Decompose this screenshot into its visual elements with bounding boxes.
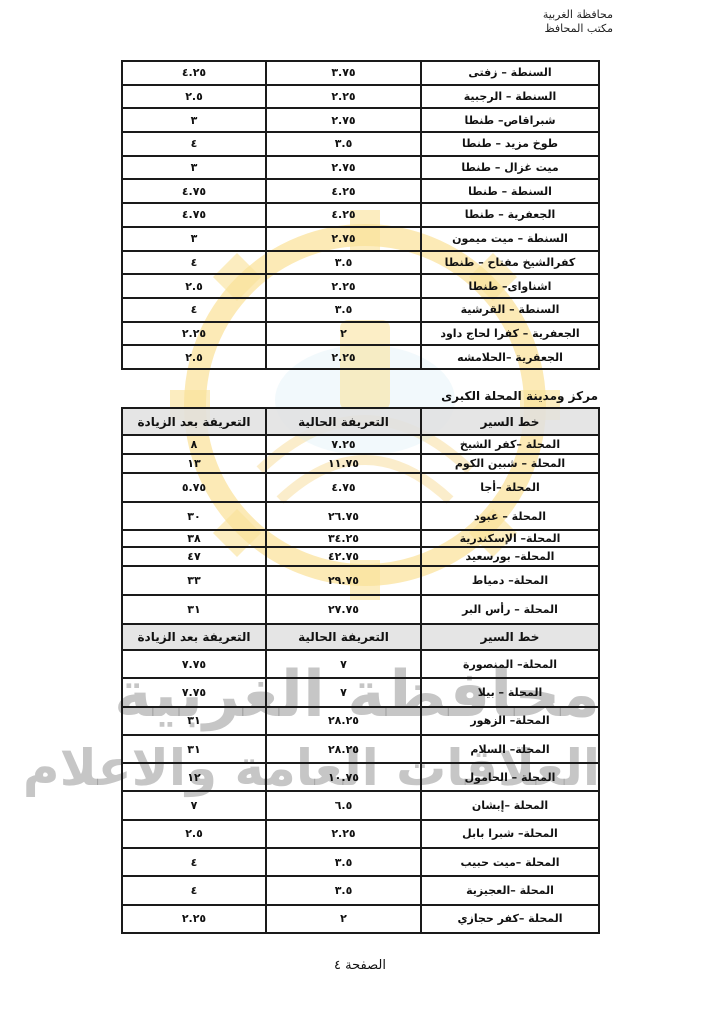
- current-fare-cell: ٣.٥: [266, 876, 421, 904]
- table-row: السنطة – القرشية٣.٥٤: [122, 298, 599, 322]
- table-row: المحلة– دمياط٢٩.٧٥٣٣: [122, 566, 599, 595]
- table-row: كفرالشيخ مفتاح – طنطا٣.٥٤: [122, 251, 599, 275]
- new-fare-cell: ٣٠: [122, 502, 266, 530]
- table-row: المحلة –إبشان٦.٥٧: [122, 791, 599, 819]
- current-fare-cell: ٢.٢٥: [266, 820, 421, 848]
- route-cell: الجعفرية – طنطا: [421, 203, 599, 227]
- new-fare-cell: ٣٣: [122, 566, 266, 595]
- governorate-name: محافظة الغربية: [543, 8, 613, 22]
- header-new-fare: التعريفة بعد الزيادة: [122, 624, 266, 650]
- current-fare-cell: ٢٨.٢٥: [266, 707, 421, 735]
- table-row: المحلة –العجيزية٣.٥٤: [122, 876, 599, 904]
- header-route: خط السير: [421, 408, 599, 435]
- current-fare-cell: ٣.٥: [266, 132, 421, 156]
- current-fare-cell: ٢.٧٥: [266, 156, 421, 180]
- table-header-row: خط السيرالتعريفة الحاليةالتعريفة بعد الز…: [122, 624, 599, 650]
- table-row: ميت غزال – طنطا٢.٧٥٣: [122, 156, 599, 180]
- current-fare-cell: ٢٨.٢٥: [266, 735, 421, 763]
- route-cell: المحلة – بيلا: [421, 678, 599, 706]
- table-row: المحلة – رأس البر٢٧.٧٥٣١: [122, 595, 599, 624]
- route-cell: المحلة– دمياط: [421, 566, 599, 595]
- current-fare-cell: ١٠.٧٥: [266, 763, 421, 791]
- current-fare-cell: ٣٤.٢٥: [266, 530, 421, 547]
- new-fare-cell: ٤: [122, 298, 266, 322]
- current-fare-cell: ٢.٢٥: [266, 274, 421, 298]
- new-fare-cell: ٤.٧٥: [122, 179, 266, 203]
- route-cell: اشناواى– طنطا: [421, 274, 599, 298]
- current-fare-cell: ٦.٥: [266, 791, 421, 819]
- table-row: السنطة – زفتى٣.٧٥٤.٢٥: [122, 61, 599, 85]
- new-fare-cell: ٤: [122, 132, 266, 156]
- route-cell: شبراقاص– طنطا: [421, 108, 599, 132]
- table-row: طوخ مزيد – طنطا٣.٥٤: [122, 132, 599, 156]
- fares-table-tanta: السنطة – زفتى٣.٧٥٤.٢٥السنطة – الرجبية٢.٢…: [121, 60, 600, 370]
- table-row: المحلة– المنصورة٧٧.٧٥: [122, 650, 599, 678]
- section-title-mahalla: مركز ومدينة المحلة الكبرى: [441, 389, 598, 403]
- route-cell: السنطة – ميت ميمون: [421, 227, 599, 251]
- new-fare-cell: ٨: [122, 435, 266, 454]
- route-cell: طوخ مزيد – طنطا: [421, 132, 599, 156]
- header-current-fare: التعريفة الحالية: [266, 408, 421, 435]
- new-fare-cell: ٤: [122, 848, 266, 876]
- table-row: المحلة –كفر حجازي٢٢.٢٥: [122, 905, 599, 933]
- route-cell: كفرالشيخ مفتاح – طنطا: [421, 251, 599, 275]
- table-row: المحلة– بورسعيد٤٢.٧٥٤٧: [122, 547, 599, 566]
- new-fare-cell: ٣: [122, 108, 266, 132]
- route-cell: المحلة – شبين الكوم: [421, 454, 599, 473]
- current-fare-cell: ٤.٢٥: [266, 203, 421, 227]
- route-cell: المحلة – رأس البر: [421, 595, 599, 624]
- new-fare-cell: ٢.٢٥: [122, 322, 266, 346]
- current-fare-cell: ٢: [266, 905, 421, 933]
- new-fare-cell: ٤: [122, 251, 266, 275]
- new-fare-cell: ٢.٥: [122, 820, 266, 848]
- route-cell: المحلة – الحامول: [421, 763, 599, 791]
- new-fare-cell: ٣١: [122, 735, 266, 763]
- table-row: شبراقاص– طنطا٢.٧٥٣: [122, 108, 599, 132]
- new-fare-cell: ٢.٥: [122, 274, 266, 298]
- route-cell: السنطة – القرشية: [421, 298, 599, 322]
- route-cell: السنطة – طنطا: [421, 179, 599, 203]
- table-row: المحلة– السلام٢٨.٢٥٣١: [122, 735, 599, 763]
- current-fare-cell: ٧: [266, 650, 421, 678]
- table-row: السنطة – ميت ميمون٢.٧٥٣: [122, 227, 599, 251]
- route-cell: الجعفرية –الحلامشه: [421, 345, 599, 369]
- table-row: المحلة – الحامول١٠.٧٥١٢: [122, 763, 599, 791]
- current-fare-cell: ٤.٧٥: [266, 473, 421, 502]
- page-header: محافظة الغربية مكتب المحافظ: [543, 8, 613, 36]
- page-number: الصفحة ٤: [0, 958, 720, 973]
- table-row: اشناواى– طنطا٢.٢٥٢.٥: [122, 274, 599, 298]
- route-cell: السنطة – الرجبية: [421, 85, 599, 109]
- new-fare-cell: ٧: [122, 791, 266, 819]
- current-fare-cell: ١١.٧٥: [266, 454, 421, 473]
- route-cell: المحلة – عبود: [421, 502, 599, 530]
- route-cell: المحلة– الإسكندرية: [421, 530, 599, 547]
- table-row: المحلة –كفر الشيخ٧.٢٥٨: [122, 435, 599, 454]
- new-fare-cell: ٣١: [122, 595, 266, 624]
- new-fare-cell: ٢.٥: [122, 85, 266, 109]
- current-fare-cell: ٢: [266, 322, 421, 346]
- table-row: المحلة – بيلا٧٧.٧٥: [122, 678, 599, 706]
- route-cell: ميت غزال – طنطا: [421, 156, 599, 180]
- route-cell: المحلة –إبشان: [421, 791, 599, 819]
- table-row: المحلة –ميت حبيب٣.٥٤: [122, 848, 599, 876]
- route-cell: المحلة –ميت حبيب: [421, 848, 599, 876]
- table-row: السنطة – الرجبية٢.٢٥٢.٥: [122, 85, 599, 109]
- route-cell: المحلة– الزهور: [421, 707, 599, 735]
- new-fare-cell: ٣٨: [122, 530, 266, 547]
- new-fare-cell: ٥.٧٥: [122, 473, 266, 502]
- route-cell: المحلة– شبرا بابل: [421, 820, 599, 848]
- new-fare-cell: ٢.٥: [122, 345, 266, 369]
- fares-table-mahalla: خط السير التعريفة الحالية التعريفة بعد ا…: [121, 407, 600, 934]
- table-row: المحلة – شبين الكوم١١.٧٥١٣: [122, 454, 599, 473]
- table-row: الجعفرية – طنطا٤.٢٥٤.٧٥: [122, 203, 599, 227]
- table-row: المحلة– الإسكندرية٣٤.٢٥٣٨: [122, 530, 599, 547]
- current-fare-cell: ٣.٧٥: [266, 61, 421, 85]
- new-fare-cell: ٣١: [122, 707, 266, 735]
- current-fare-cell: ٧: [266, 678, 421, 706]
- current-fare-cell: ٢.٢٥: [266, 85, 421, 109]
- table-row: الجعفرية – كفرا لحاج داود٢٢.٢٥: [122, 322, 599, 346]
- table-row: المحلة– الزهور٢٨.٢٥٣١: [122, 707, 599, 735]
- new-fare-cell: ٣: [122, 227, 266, 251]
- new-fare-cell: ٧.٧٥: [122, 650, 266, 678]
- current-fare-cell: ٢٧.٧٥: [266, 595, 421, 624]
- current-fare-cell: ٢٩.٧٥: [266, 566, 421, 595]
- new-fare-cell: ٤: [122, 876, 266, 904]
- new-fare-cell: ٢.٢٥: [122, 905, 266, 933]
- table-header-row: خط السير التعريفة الحالية التعريفة بعد ا…: [122, 408, 599, 435]
- new-fare-cell: ٣: [122, 156, 266, 180]
- new-fare-cell: ١٢: [122, 763, 266, 791]
- new-fare-cell: ٤.٢٥: [122, 61, 266, 85]
- table-row: السنطة – طنطا٤.٢٥٤.٧٥: [122, 179, 599, 203]
- new-fare-cell: ٤٧: [122, 547, 266, 566]
- table-row: الجعفرية –الحلامشه٢.٢٥٢.٥: [122, 345, 599, 369]
- current-fare-cell: ٣.٥: [266, 298, 421, 322]
- route-cell: المحلة– السلام: [421, 735, 599, 763]
- new-fare-cell: ٧.٧٥: [122, 678, 266, 706]
- current-fare-cell: ٢٦.٧٥: [266, 502, 421, 530]
- table-row: المحلة –أجا٤.٧٥٥.٧٥: [122, 473, 599, 502]
- route-cell: المحلة –أجا: [421, 473, 599, 502]
- header-current-fare: التعريفة الحالية: [266, 624, 421, 650]
- route-cell: السنطة – زفتى: [421, 61, 599, 85]
- current-fare-cell: ٣.٥: [266, 251, 421, 275]
- current-fare-cell: ٢.٧٥: [266, 108, 421, 132]
- header-new-fare: التعريفة بعد الزيادة: [122, 408, 266, 435]
- new-fare-cell: ١٣: [122, 454, 266, 473]
- office-name: مكتب المحافظ: [543, 22, 613, 36]
- current-fare-cell: ٤٢.٧٥: [266, 547, 421, 566]
- route-cell: المحلة –كفر الشيخ: [421, 435, 599, 454]
- table-row: المحلة – عبود٢٦.٧٥٣٠: [122, 502, 599, 530]
- current-fare-cell: ٤.٢٥: [266, 179, 421, 203]
- route-cell: المحلة –العجيزية: [421, 876, 599, 904]
- table-row: المحلة– شبرا بابل٢.٢٥٢.٥: [122, 820, 599, 848]
- current-fare-cell: ٢.٧٥: [266, 227, 421, 251]
- route-cell: المحلة –كفر حجازي: [421, 905, 599, 933]
- route-cell: المحلة– بورسعيد: [421, 547, 599, 566]
- route-cell: المحلة– المنصورة: [421, 650, 599, 678]
- current-fare-cell: ٢.٢٥: [266, 345, 421, 369]
- fares-table-tanta-body: السنطة – زفتى٣.٧٥٤.٢٥السنطة – الرجبية٢.٢…: [122, 61, 599, 369]
- current-fare-cell: ٣.٥: [266, 848, 421, 876]
- new-fare-cell: ٤.٧٥: [122, 203, 266, 227]
- current-fare-cell: ٧.٢٥: [266, 435, 421, 454]
- route-cell: الجعفرية – كفرا لحاج داود: [421, 322, 599, 346]
- header-route: خط السير: [421, 624, 599, 650]
